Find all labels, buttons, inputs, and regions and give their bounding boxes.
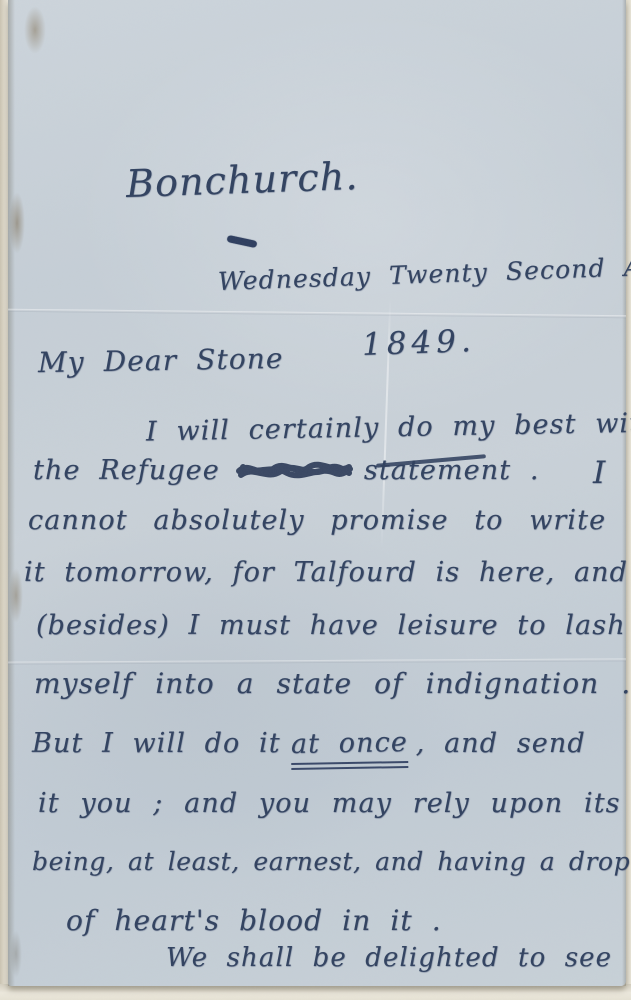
body-line-10: of heart's blood in it .	[66, 906, 442, 937]
paper-stain-top-left	[24, 6, 46, 54]
body-line-7: But I will do itat once, and send	[32, 729, 586, 769]
body-line-11: We shall be delighted to see	[166, 944, 612, 973]
body-line-9: being, at least, earnest, and having a d…	[32, 848, 630, 876]
letter-date-line: Wednesday Twenty Second August	[218, 251, 631, 296]
body-line-2-pre: the Refugee	[33, 455, 220, 486]
body-line-4: it tomorrow, for Talfourd is here, and	[24, 558, 628, 588]
letter-paper: Bonchurch. Wednesday Twenty Second Augus…	[8, 0, 626, 986]
scanned-letter-photo: Bonchurch. Wednesday Twenty Second Augus…	[0, 0, 631, 1000]
dash-stroke	[227, 235, 258, 248]
body-line-7-post: , and send	[416, 728, 586, 759]
body-line-2: the Refugee statement . I	[33, 456, 623, 486]
letter-year-line: 1849.	[361, 324, 476, 362]
paper-crease-horizontal-lower	[8, 658, 626, 664]
body-line-1: I will certainly do my best with	[146, 409, 631, 448]
scan-mat-bottom-edge	[0, 984, 631, 1000]
body-line-6: myself into a state of indignation .	[34, 669, 631, 700]
ink-scribble-strikeout	[234, 456, 354, 484]
body-line-5: (besides) I must have leisure to lash	[36, 611, 626, 641]
paper-left-edge-shadow	[8, 0, 15, 986]
paper-crease-horizontal-upper	[8, 309, 626, 318]
paper-right-edge-shadow	[622, 0, 626, 986]
letter-salutation: My Dear Stone	[38, 344, 284, 379]
body-line-8: it you ; and you may rely upon its	[38, 789, 621, 819]
letter-place-line: Bonchurch.	[125, 156, 359, 206]
body-line-7-pre: But I will do it	[32, 728, 281, 759]
body-line-3: cannot absolutely promise to write	[28, 506, 606, 536]
body-line-7-emphasis-underlined: at once	[290, 728, 408, 770]
body-line-2-pronoun-i: I	[593, 456, 606, 490]
